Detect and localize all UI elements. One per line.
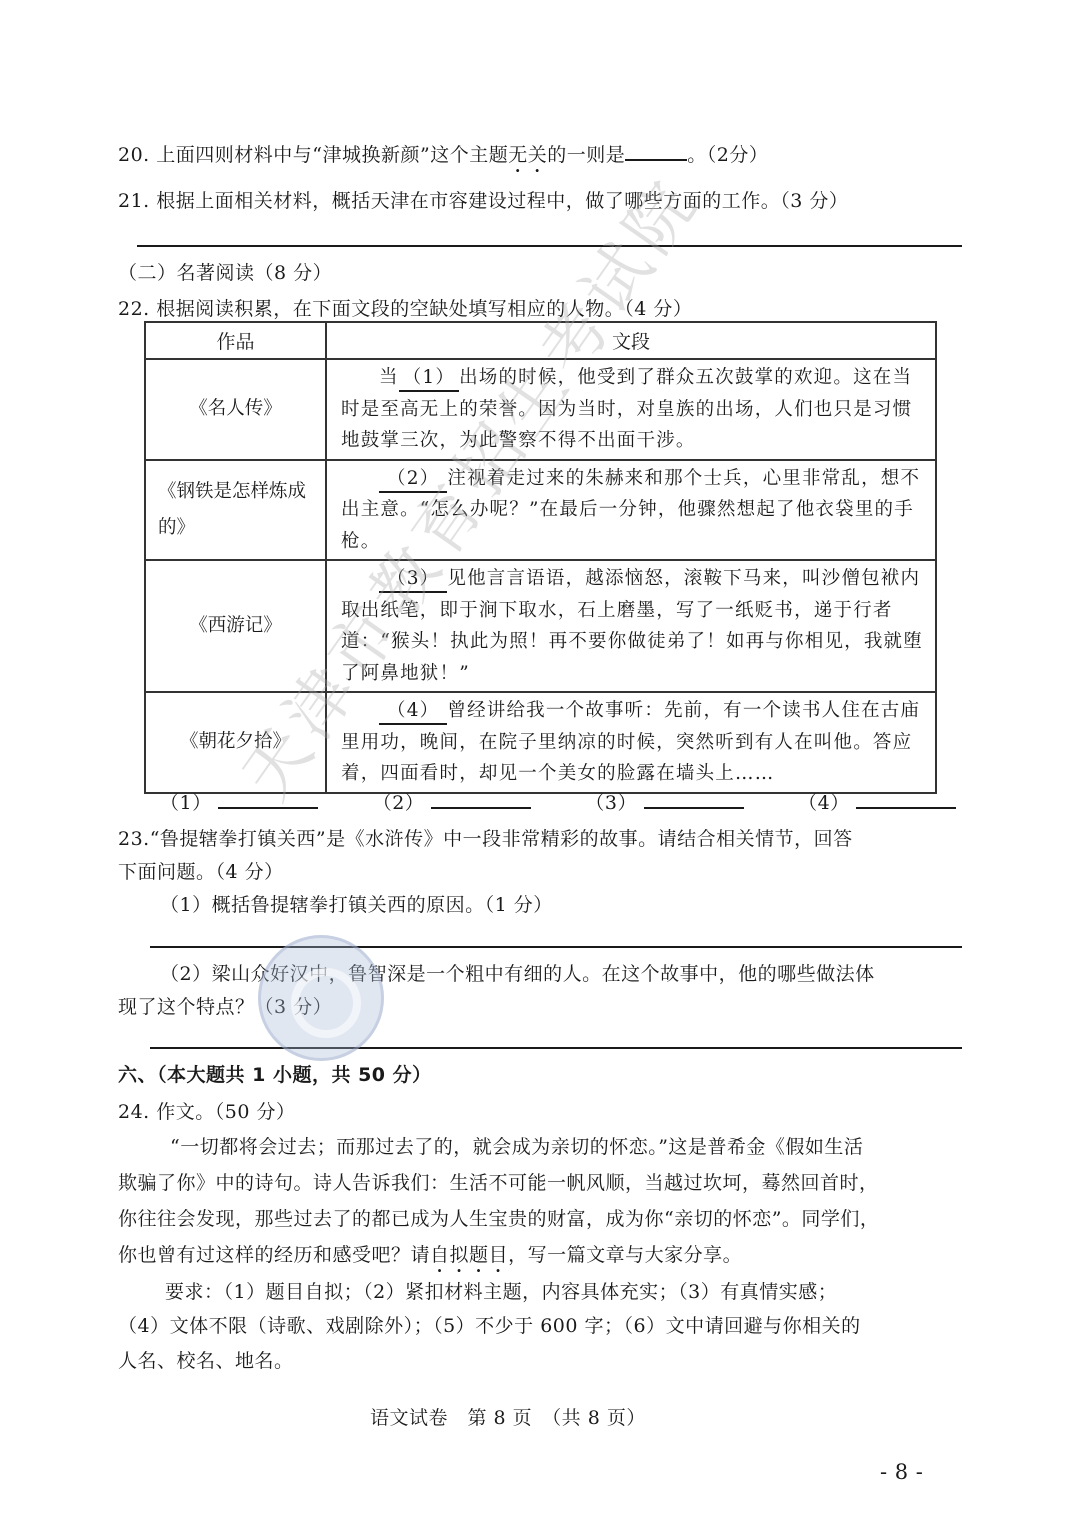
q20-score: 。（2分） <box>687 144 768 166</box>
emphasis-char: 自 <box>430 1244 450 1266</box>
q24-requirements-line: 要求：（1）题目自拟；（2）紧扣材料主题，内容具体充实；（3）有真情实感； <box>165 1277 837 1304</box>
header-work: 作品 <box>145 322 326 359</box>
work-title: 《西游记》 <box>145 560 326 692</box>
passage-prefix: 当 <box>341 367 399 388</box>
q24-text: 你也曾有过这样的经历和感受吧？请 <box>118 1244 430 1266</box>
blank-marker: （1） <box>399 366 459 392</box>
answer-label: （2） <box>373 792 425 814</box>
footer-page-info: 语文试卷 第 8 页 （共 8 页） <box>370 1403 646 1430</box>
q24-para-line: 你往往会发现，那些过去了的都已成为人生宝贵的财富，成为你“亲切的怀恋”。同学们， <box>118 1204 879 1231</box>
q24-para-line-last: 你也曾有过这样的经历和感受吧？请自拟题目，写一篇文章与大家分享。 <box>118 1240 742 1267</box>
work-title: 《钢铁是怎样炼成的》 <box>145 460 326 561</box>
header-passage: 文段 <box>326 322 936 359</box>
blank-marker: （4） <box>379 699 447 725</box>
question-21: 21. 根据上面相关材料，概括天津在市容建设过程中，做了哪些方面的工作。（3 分… <box>118 186 848 213</box>
footer-page-number: - 8 - <box>880 1460 923 1484</box>
answer-label: （1） <box>160 792 212 814</box>
q23-sub2-line1: （2）梁山众好汉中，鲁智深是一个粗中有细的人。在这个故事中，他的哪些做法体 <box>160 959 875 986</box>
q20-text: 上面四则材料中与“津城换新颜”这个主题 <box>156 144 508 166</box>
emphasis-char: 无 <box>508 144 528 166</box>
table-header-row: 作品 文段 <box>145 322 936 359</box>
question-24: 24. 作文。（50 分） <box>118 1097 295 1124</box>
q21-text: 根据上面相关材料，概括天津在市容建设过程中，做了哪些方面的工作。（3 分） <box>156 190 848 212</box>
answer-blank-2[interactable] <box>431 807 531 809</box>
work-title: 《名人传》 <box>145 359 326 460</box>
table-row: 《朝花夕拾》 （4）曾经讲给我一个故事听：先前，有一个读书人住在古庙里用功，晚间… <box>145 692 936 793</box>
answer-blank-3[interactable] <box>644 807 744 809</box>
table-row: 《钢铁是怎样炼成的》 （2）注视着走过来的朱赫来和那个士兵，心里非常乱，想不出主… <box>145 460 936 561</box>
q24-requirements-line: （4）文体不限（诗歌、戏剧除外）；（5）不少于 600 字；（6）文中请回避与你… <box>118 1311 861 1338</box>
passage: （2）注视着走过来的朱赫来和那个士兵，心里非常乱，想不出主意。“怎么办呢？”在最… <box>326 460 936 561</box>
question-23: 23.“鲁提辖拳打镇关西”是《水浒传》中一段非常精彩的故事。请结合相关情节，回答 <box>118 824 853 851</box>
answer-label: （4） <box>798 792 850 814</box>
q21-number: 21. <box>118 190 150 212</box>
question-22: 22. 根据阅读积累，在下面文段的空缺处填写相应的人物。（4 分） <box>118 294 692 321</box>
works-table: 作品 文段 《名人传》 当（1）出场的时候，他受到了群众五次鼓掌的欢迎。这在当时… <box>144 321 937 794</box>
answer-blank-4[interactable] <box>856 807 956 809</box>
question-20: 20. 上面四则材料中与“津城换新颜”这个主题无关的一则是。（2分） <box>118 140 768 167</box>
section-heading-classics: （二）名著阅读（8 分） <box>118 258 332 285</box>
q24-title: 作文。（50 分） <box>156 1101 295 1123</box>
q22-answer-row: （1） （2） （3） （4） <box>160 788 956 815</box>
q22-text: 根据阅读积累，在下面文段的空缺处填写相应的人物。（4 分） <box>156 298 692 320</box>
section-heading-essay: 六、（本大题共 1 小题，共 50 分） <box>118 1060 432 1087</box>
emphasis-char: 关 <box>528 144 548 166</box>
q24-number: 24. <box>118 1101 150 1123</box>
answer-blank-1[interactable] <box>218 807 318 809</box>
passage: 当（1）出场的时候，他受到了群众五次鼓掌的欢迎。这在当时是至高无上的荣誉。因为当… <box>326 359 936 460</box>
q22-number: 22. <box>118 298 150 320</box>
q23-text-line1: “鲁提辖拳打镇关西”是《水浒传》中一段非常精彩的故事。请结合相关情节，回答 <box>150 828 853 850</box>
answer-label: （3） <box>585 792 637 814</box>
q23-sub2-line2: 现了这个特点？（3 分） <box>118 992 332 1019</box>
blank-marker: （2） <box>379 467 447 493</box>
emphasis-char: 目 <box>489 1244 509 1266</box>
table-row: 《西游记》 （3）见他言言语语，越添恼怒，滚鞍下马来，叫沙僧包袱内取出纸笔，即于… <box>145 560 936 692</box>
passage: （3）见他言言语语，越添恼怒，滚鞍下马来，叫沙僧包袱内取出纸笔，即于涧下取水，石… <box>326 560 936 692</box>
blank-marker: （3） <box>379 567 447 593</box>
emphasis-char: 题 <box>469 1244 489 1266</box>
q24-requirements-line: 人名、校名、地名。 <box>118 1346 294 1373</box>
emphasis-char: 拟 <box>450 1244 470 1266</box>
q23-text-line2: 下面问题。（4 分） <box>118 857 284 884</box>
work-title: 《朝花夕拾》 <box>145 692 326 793</box>
q20-number: 20. <box>118 144 150 166</box>
q23-number: 23. <box>118 828 150 850</box>
q20-text-after: 的一则是 <box>547 144 625 166</box>
q23-sub1: （1）概括鲁提辖拳打镇关西的原因。（1 分） <box>160 890 553 917</box>
q24-para-line: 欺骗了你》中的诗句。诗人告诉我们：生活不可能一帆风顺，当越过坎坷，蓦然回首时， <box>118 1168 879 1195</box>
q23-sub1-answer-line[interactable] <box>150 946 962 948</box>
passage: （4）曾经讲给我一个故事听：先前，有一个读书人住在古庙里用功，晚间，在院子里纳凉… <box>326 692 936 793</box>
q23-sub2-answer-line[interactable] <box>150 1047 962 1049</box>
q24-text: ，写一篇文章与大家分享。 <box>508 1244 742 1266</box>
q24-para-line: “一切都将会过去；而那过去了的，就会成为亲切的怀恋。”这是普希金《假如生活 <box>170 1132 863 1159</box>
table-row: 《名人传》 当（1）出场的时候，他受到了群众五次鼓掌的欢迎。这在当时是至高无上的… <box>145 359 936 460</box>
q20-answer-blank[interactable] <box>625 159 687 161</box>
q21-answer-line[interactable] <box>137 245 962 247</box>
